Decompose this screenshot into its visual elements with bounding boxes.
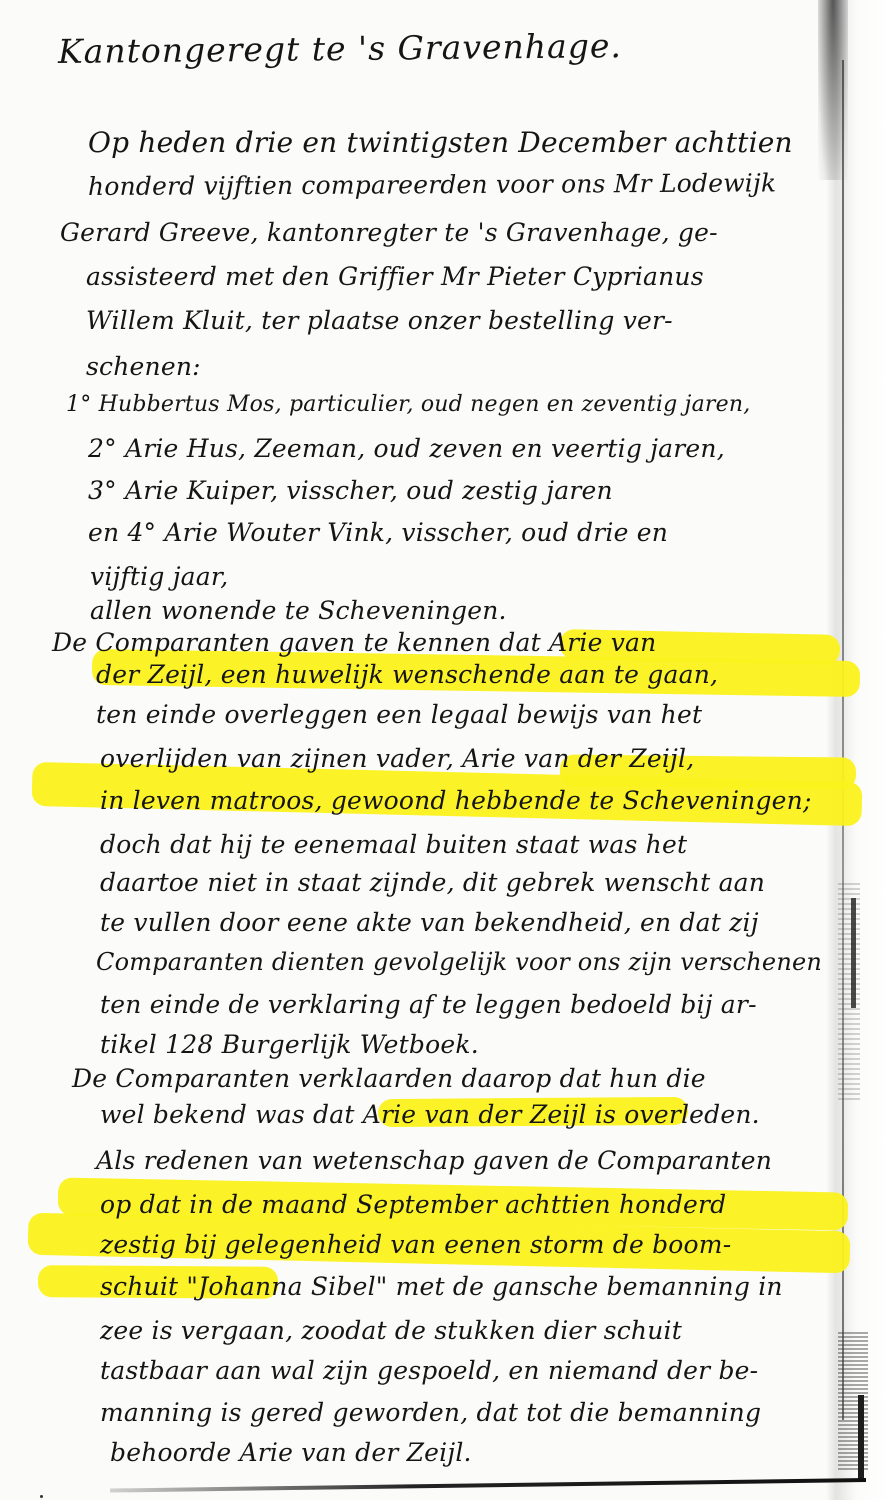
text-line: vijftig jaar, <box>90 562 228 591</box>
text-line: op dat in de maand September achttien ho… <box>100 1190 726 1219</box>
text-line: Als redenen van wetenschap gaven de Comp… <box>96 1146 772 1175</box>
text-line: manning is gered geworden, dat tot die b… <box>100 1398 761 1427</box>
text-line: tikel 128 Burgerlijk Wetboek. <box>100 1030 479 1059</box>
document-page: Kantongeregt te 's Gravenhage. Op heden … <box>0 0 886 1500</box>
document-title: Kantongeregt te 's Gravenhage. <box>58 26 622 71</box>
text-line: ten einde overleggen een legaal bewijs v… <box>96 700 702 729</box>
text-line: schenen: <box>86 352 201 381</box>
edge-speckle-middle <box>838 880 860 1100</box>
text-line: 3° Arie Kuiper, visscher, oud zestig jar… <box>88 476 613 505</box>
text-line: daartoe niet in staat zijnde, dit gebrek… <box>100 868 765 897</box>
text-line: in leven matroos, gewoond hebbende te Sc… <box>100 786 812 815</box>
text-line: assisteerd met den Griffier Mr Pieter Cy… <box>86 262 704 291</box>
text-line: wel bekend was dat Arie van der Zeijl is… <box>100 1100 760 1129</box>
text-line: behoorde Arie van der Zeijl. <box>110 1438 472 1467</box>
text-line: 2° Arie Hus, Zeeman, oud zeven en veerti… <box>88 434 725 463</box>
text-line: De Comparanten verklaarden daarop dat hu… <box>72 1064 706 1093</box>
text-line: Gerard Greeve, kantonregter te 's Graven… <box>60 218 718 247</box>
text-line: zestig bij gelegenheid van eenen storm d… <box>100 1230 731 1259</box>
text-line: allen wonende te Scheveningen. <box>90 596 507 625</box>
binding-shadow <box>816 0 886 1500</box>
text-line: te vullen door eene akte van bekendheid,… <box>100 908 759 937</box>
text-line: ten einde de verklaring af te leggen bed… <box>100 990 757 1019</box>
edge-dark-mark-middle <box>851 898 856 1008</box>
text-line: Willem Kluit, ter plaatse onzer bestelli… <box>86 306 673 335</box>
text-line: en 4° Arie Wouter Vink, visscher, oud dr… <box>88 518 668 547</box>
edge-dark-mark-bottom <box>858 1395 864 1480</box>
page-bottom-edge <box>110 1478 866 1493</box>
text-line: De Comparanten gaven te kennen dat Arie … <box>52 628 656 657</box>
text-line: Comparanten dienten gevolgelijk voor ons… <box>96 948 822 976</box>
text-line: honderd vijftien compareerden voor ons M… <box>88 168 776 201</box>
text-line: schuit "Johanna Sibel" met de gansche be… <box>100 1272 783 1301</box>
text-line: der Zeijl, een huwelijk wenschende aan t… <box>96 660 718 689</box>
text-line: overlijden van zijnen vader, Arie van de… <box>100 744 694 773</box>
text-line: doch dat hij te eenemaal buiten staat wa… <box>100 830 687 859</box>
text-line: zee is vergaan, zoodat de stukken dier s… <box>100 1316 682 1345</box>
text-line: Op heden drie en twintigsten December ac… <box>88 126 793 159</box>
text-line: 1° Hubbertus Mos, particulier, oud negen… <box>66 392 750 417</box>
scan-speck <box>40 1495 43 1498</box>
text-line: tastbaar aan wal zijn gespoeld, en niema… <box>100 1356 758 1385</box>
